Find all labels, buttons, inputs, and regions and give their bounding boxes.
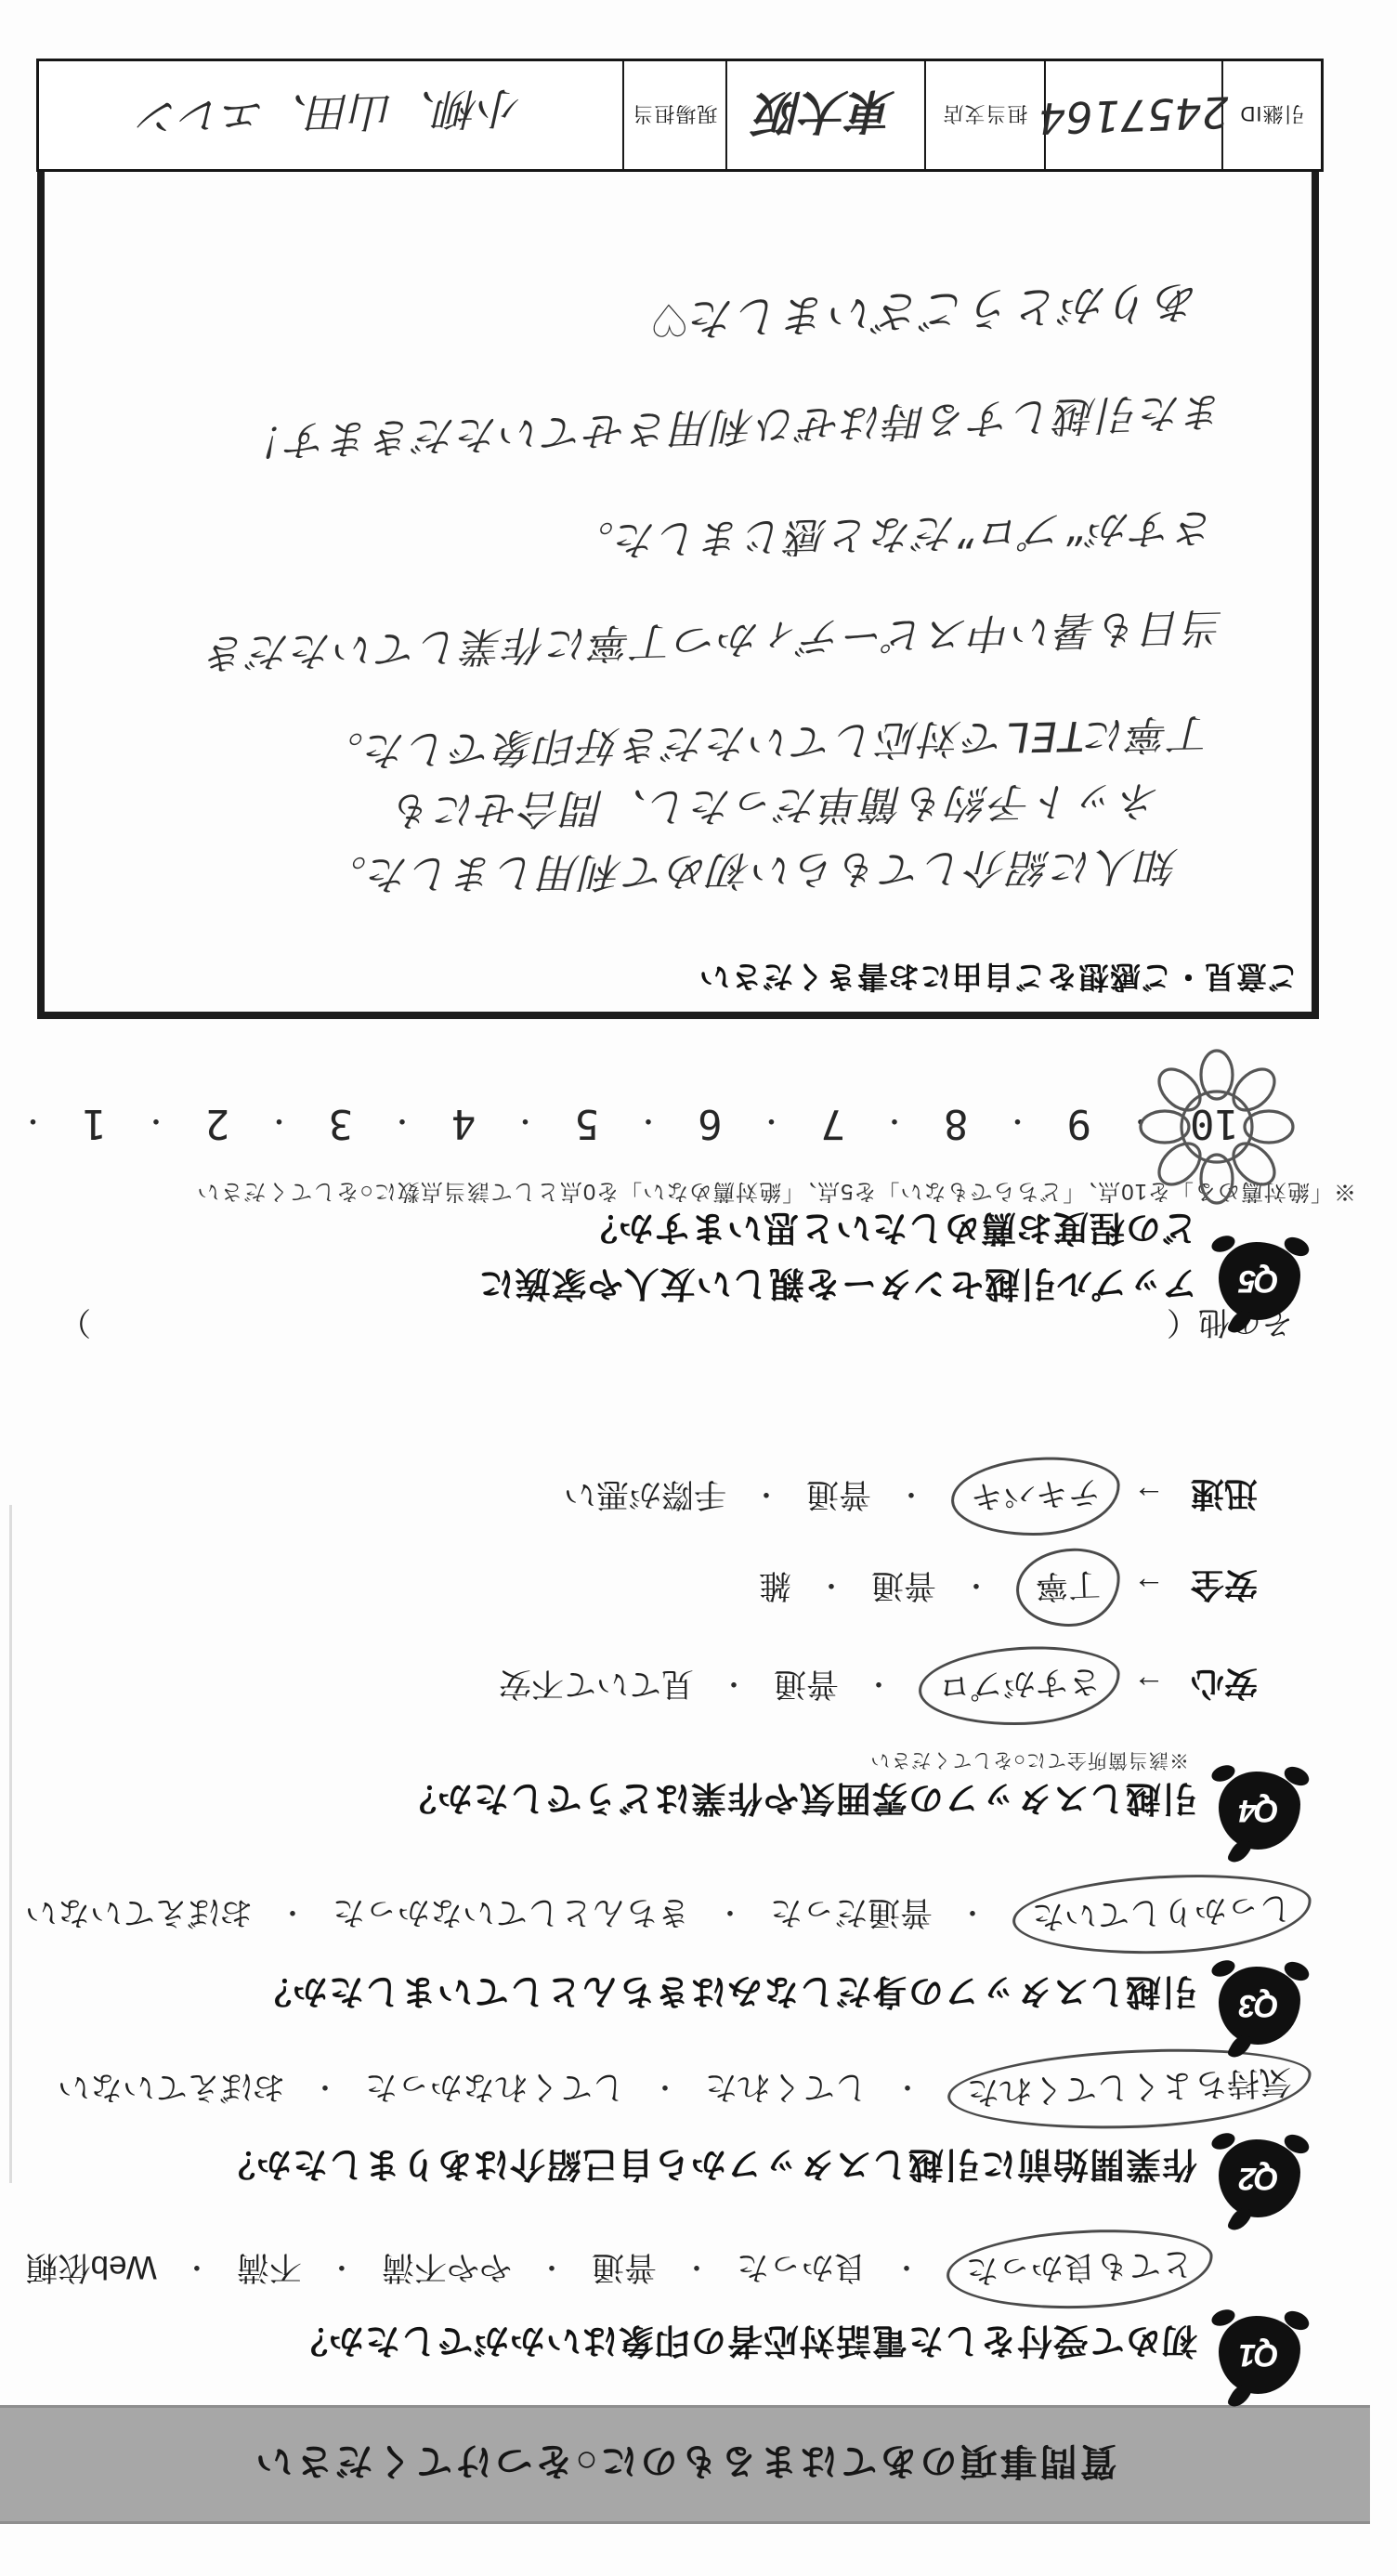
q4-row-anshin: 安心 → さすがプロ ・ 普通 ・ 見ていて不安 bbox=[473, 1647, 1258, 1725]
q5-badge: Q5 bbox=[1240, 1263, 1278, 1300]
q5-question-line2: どの程度お薦めしたいと思いますか？ bbox=[581, 1206, 1197, 1257]
q1-icon: Q1 bbox=[1219, 2316, 1300, 2394]
q4-row1-option: 見ていて不安 bbox=[499, 1663, 694, 1709]
q5-score-10-flower: 10 bbox=[1190, 1100, 1239, 1147]
q4-row2-option: 普通 bbox=[871, 1564, 936, 1611]
q3-option: きちんとしていなかった bbox=[333, 1891, 690, 1938]
q4-row3-selected: テキパキ bbox=[950, 1455, 1122, 1538]
q1-option-selected: とても良かった bbox=[946, 2226, 1215, 2313]
q3-option-selected: しっかりしていた bbox=[1012, 1870, 1313, 1958]
handover-id-value: 2457164 bbox=[1038, 86, 1230, 143]
q5-score: 7 bbox=[821, 1100, 846, 1147]
arrow-right-icon: → bbox=[1133, 1668, 1165, 1705]
staff-value-cell: 小柳、山田、エレン bbox=[39, 61, 624, 169]
separator-dot: ・ bbox=[893, 2249, 920, 2290]
q1-option: 普通 bbox=[592, 2246, 657, 2293]
q3-option: おぼえていない bbox=[25, 1891, 253, 1938]
q5-icon-foot-left bbox=[1282, 1234, 1312, 1260]
q1-icon-foot-right bbox=[1209, 2307, 1237, 2329]
separator-dot: ・ bbox=[1004, 1104, 1032, 1144]
q3-question: 引越しスタッフの身だしなみはきちんとしていましたか？ bbox=[255, 1969, 1197, 2020]
separator-dot: ・ bbox=[142, 1104, 170, 1144]
q1-options: とても良かった ・ 良かった ・ 普通 ・ やや不満 ・ 不満 ・ Web依頼 bbox=[0, 2230, 1200, 2308]
branch-value-cell: 東大阪 bbox=[727, 61, 926, 169]
q4-icon-leaf bbox=[1226, 1836, 1253, 1866]
q4-row-anzen: 安全 → 丁寧 ・ 普通 ・ 雑 bbox=[733, 1549, 1258, 1627]
separator-dot: ・ bbox=[20, 1104, 47, 1144]
q3-options: しっかりしていた ・ 普通だった ・ きちんとしていなかった ・ おぼえていない bbox=[0, 1876, 1299, 1954]
separator-dot: ・ bbox=[758, 1104, 786, 1144]
q5-score: 1 bbox=[83, 1100, 108, 1147]
q2-icon: Q2 bbox=[1219, 2139, 1300, 2217]
q2-option: してくれなかった bbox=[365, 2066, 625, 2112]
q4-row-label: 安心 bbox=[1191, 1663, 1258, 1710]
separator-dot: ・ bbox=[716, 1894, 744, 1935]
separator-dot: ・ bbox=[881, 1104, 908, 1144]
q1-option: 不満 bbox=[237, 2246, 302, 2293]
q2-options: 気持ちよくしてくれた ・ してくれた ・ してくれなかった ・ おぼえていない bbox=[32, 2050, 1299, 2128]
separator-dot: ・ bbox=[894, 2069, 921, 2110]
q2-option: してくれた bbox=[705, 2066, 868, 2112]
instructions-text: 質問事項のあてはまるものに○をつけてください bbox=[253, 2439, 1116, 2491]
arrow-right-icon: → bbox=[1133, 1479, 1165, 1515]
q4-icon: Q4 bbox=[1219, 1772, 1300, 1850]
q5-score-selected: 10 bbox=[1190, 1100, 1239, 1147]
separator-dot: ・ bbox=[959, 1894, 986, 1935]
separator-dot: ・ bbox=[683, 2249, 711, 2290]
q5-score: 2 bbox=[205, 1100, 230, 1147]
q1-question: 初めて受付をした電話対応者の印象はいかがでしたか？ bbox=[292, 2319, 1197, 2370]
q5-score: 4 bbox=[451, 1100, 477, 1147]
branch-value: 東大阪 bbox=[755, 81, 895, 150]
q5-scale-row: 10 ・ 9 ・ 8 ・ 7 ・ 6 ・ 5 ・ 4 ・ 3 ・ 2 ・ 1 ・… bbox=[0, 1100, 1239, 1147]
separator-dot: ・ bbox=[328, 2249, 356, 2290]
q2-icon-foot-left bbox=[1282, 2131, 1312, 2157]
scanned-survey-sheet: 質問事項のあてはまるものに○をつけてください Q1 初めて受付をした電話対応者の… bbox=[0, 0, 1397, 2576]
separator-dot: ・ bbox=[720, 1666, 748, 1706]
separator-dot: ・ bbox=[634, 1104, 662, 1144]
q5-score: 6 bbox=[698, 1100, 723, 1147]
q5-note: ※「絶対薦める」を10点、「どちらでもない」を5点、「絶対薦めない」を0点として… bbox=[196, 1178, 1356, 1210]
separator-dot: ・ bbox=[865, 1666, 893, 1706]
q2-icon-foot-right bbox=[1209, 2130, 1237, 2152]
separator-dot: ・ bbox=[279, 1894, 307, 1935]
q4-other-close-paren: ） bbox=[59, 1302, 91, 1348]
q5-question-line1: アップル引越センターを親しい友人や家族に bbox=[478, 1262, 1197, 1313]
q3-icon: Q3 bbox=[1219, 1967, 1300, 2045]
q4-icon-foot-left bbox=[1282, 1763, 1312, 1789]
q1-option: やや不満 bbox=[382, 2246, 512, 2293]
scan-artifact-line bbox=[9, 1505, 12, 2183]
q4-badge: Q4 bbox=[1240, 1793, 1278, 1829]
branch-label-cell: 担当支店 bbox=[926, 61, 1046, 169]
separator-dot: ・ bbox=[817, 1567, 845, 1608]
q3-icon-foot-right bbox=[1209, 1957, 1237, 1980]
separator-dot: ・ bbox=[183, 2249, 211, 2290]
comment-line: ネット予約も簡単だったし、問合せにも bbox=[391, 774, 1161, 844]
q4-row-label: 迅速 bbox=[1191, 1473, 1258, 1521]
q2-icon-leaf bbox=[1226, 2203, 1253, 2234]
comment-line: 丁寧にTELで対応していただき好印象でした。 bbox=[320, 707, 1212, 785]
q4-row1-selected: さすがプロ bbox=[918, 1643, 1122, 1729]
separator-dot: ・ bbox=[538, 2249, 566, 2290]
q5-score: 8 bbox=[944, 1100, 969, 1147]
handover-id-label-cell: 引継ID bbox=[1223, 61, 1321, 169]
comment-box-title: ご意見・ご感想をご自由にお書きください bbox=[698, 957, 1299, 1000]
comment-line: 当日も暑い中スピーディかつ丁寧に作業していただき bbox=[204, 601, 1226, 687]
q4-question: 引越しスタッフの雰囲気や作業はどうでしたか？ bbox=[400, 1776, 1197, 1827]
staff-label-cell: 現場担当 bbox=[624, 61, 727, 169]
comment-line: さすが“プロ”だなと感じました。 bbox=[571, 502, 1217, 575]
q2-badge: Q2 bbox=[1240, 2161, 1278, 2197]
comment-line: 知人に紹介してもらい初めて利用しました。 bbox=[324, 840, 1180, 909]
q1-badge: Q1 bbox=[1240, 2337, 1278, 2373]
separator-dot: ・ bbox=[512, 1104, 540, 1144]
q4-row3-option: 手際が悪い bbox=[564, 1473, 726, 1520]
instructions-bar: 質問事項のあてはまるものに○をつけてください bbox=[0, 2405, 1370, 2524]
separator-dot: ・ bbox=[266, 1104, 294, 1144]
q4-row2-selected: 丁寧 bbox=[1015, 1547, 1122, 1628]
q1-option: Web依頼 bbox=[26, 2246, 157, 2293]
handover-id-value-cell: 2457164 bbox=[1046, 61, 1223, 169]
q3-badge: Q3 bbox=[1240, 1988, 1278, 2024]
q5-icon-foot-right bbox=[1209, 1233, 1237, 1255]
q1-option: 良かった bbox=[737, 2246, 867, 2293]
q4-icon-foot-right bbox=[1209, 1762, 1237, 1785]
q3-icon-foot-left bbox=[1282, 1958, 1312, 1984]
separator-dot: ・ bbox=[962, 1567, 990, 1608]
branch-label: 担当支店 bbox=[943, 101, 1028, 130]
handover-id-label: 引継ID bbox=[1240, 101, 1305, 130]
q2-option: おぼえていない bbox=[58, 2066, 285, 2112]
q5-score: 3 bbox=[329, 1100, 354, 1147]
arrow-right-icon: → bbox=[1133, 1570, 1165, 1606]
handover-table: 引継ID 2457164 担当支店 東大阪 現場担当 小柳、山田、エレン bbox=[36, 59, 1324, 172]
q5-score: 5 bbox=[575, 1100, 600, 1147]
q4-note: ※該当箇所全てに○をしてください bbox=[869, 1747, 1189, 1775]
separator-dot: ・ bbox=[897, 1476, 925, 1517]
q3-option: 普通だった bbox=[770, 1891, 933, 1938]
q4-row-jinsoku: 迅速 → テキパキ ・ 普通 ・ 手際が悪い bbox=[538, 1458, 1258, 1536]
comment-thanks-line: ありがとうございました♡ bbox=[646, 273, 1201, 357]
staff-label: 現場担当 bbox=[633, 101, 718, 130]
q4-row1-option: 普通 bbox=[774, 1663, 839, 1709]
staff-value: 小柳、山田、エレン bbox=[138, 80, 523, 151]
q4-row-label: 安全 bbox=[1191, 1564, 1258, 1612]
q2-option-selected: 気持ちよくしてくれた bbox=[947, 2044, 1313, 2135]
separator-dot: ・ bbox=[651, 2069, 679, 2110]
q2-question: 作業開始前に引越しスタッフから自己紹介はありましたか？ bbox=[219, 2142, 1197, 2193]
comment-box: ご意見・ご感想をご自由にお書きください 知人に紹介してもらい初めて利用しました。… bbox=[37, 114, 1319, 1019]
q1-icon-foot-left bbox=[1282, 2308, 1312, 2334]
q5-score: 9 bbox=[1067, 1100, 1092, 1147]
comment-line: また引越しする時はぜひ利用させていただきます！ bbox=[242, 385, 1225, 475]
separator-dot: ・ bbox=[311, 2069, 339, 2110]
q4-row3-option: 普通 bbox=[806, 1473, 871, 1520]
separator-dot: ・ bbox=[388, 1104, 416, 1144]
separator-dot: ・ bbox=[1127, 1104, 1155, 1144]
q4-row2-option: 雑 bbox=[759, 1564, 791, 1611]
separator-dot: ・ bbox=[752, 1476, 780, 1517]
